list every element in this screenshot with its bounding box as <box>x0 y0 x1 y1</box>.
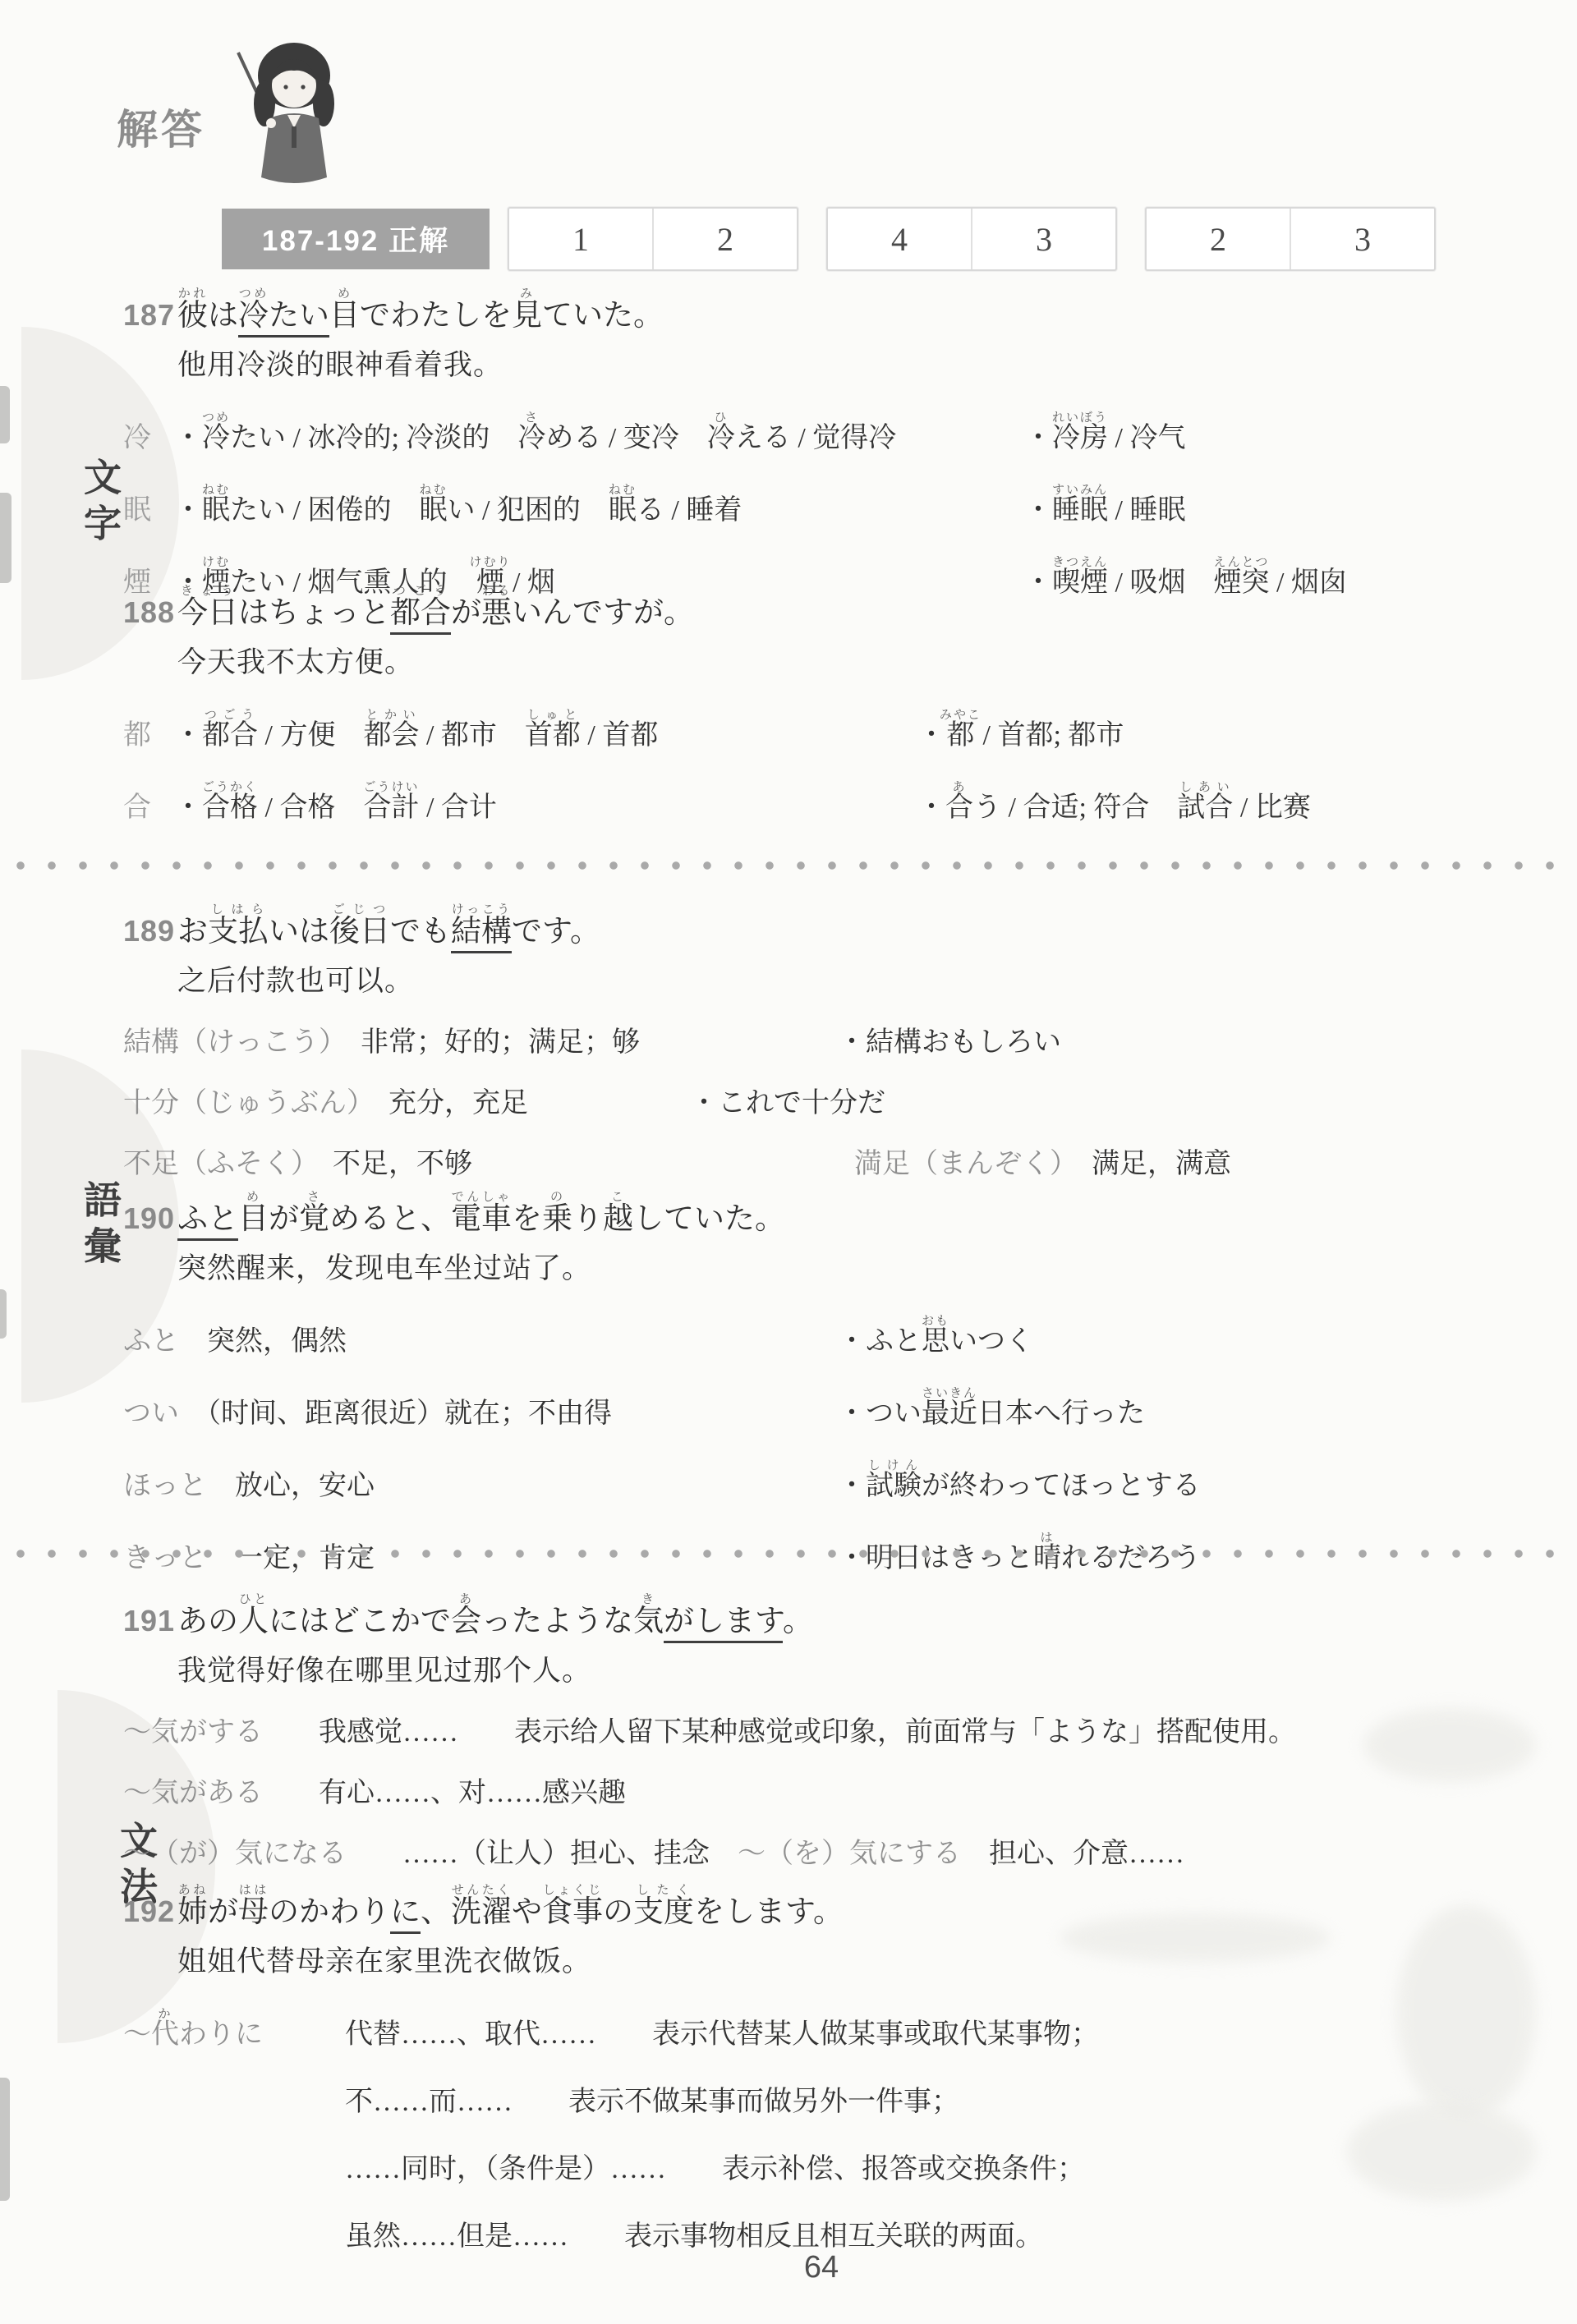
sentence-text: お支払しはらいは後日ごじつでも結構けっこうです。 <box>177 915 600 953</box>
vocab-example: ・試験しけんが終わってほっとする <box>838 1459 1201 1502</box>
answer-190: 3 <box>971 209 1115 269</box>
vocab-right: ・都みやこ / 首都; 都市 <box>917 709 1124 751</box>
answer-188: 2 <box>652 209 797 269</box>
vocab-term-meaning: 満足（まんぞく） 满足，满意 <box>854 1149 1231 1180</box>
scan-artifact <box>0 2078 10 2201</box>
grammar-explanation: ～気がする 我感觉…… 表示给人留下某种感觉或印象，前面常与「ような」搭配使用。 <box>123 1717 1296 1748</box>
vocab-left: ・冷つめたい / 冰冷的; 冷淡的 冷さめる / 变冷 冷ひえる / 觉得冷 <box>174 411 1024 454</box>
grammar-line: ～気がする 我感觉…… 表示给人留下某种感觉或印象，前面常与「ような」搭配使用。 <box>123 1697 1536 1748</box>
question-translation: 之后付款也可以。 <box>177 958 1536 999</box>
question-sentence: 188今日きょうはちょっと都合つごうが悪わるいんですが。 <box>123 575 1536 630</box>
vocab-line: ふと 突然，偶然・ふと思おもいつく <box>123 1295 1536 1357</box>
grammar-explanation: 虽然……但是…… 表示事物相反且相互关联的两面。 <box>345 2221 1043 2253</box>
section-divider <box>0 859 1577 870</box>
section-divider <box>0 1547 1577 1559</box>
vocab-head-kanji: 都 <box>123 720 174 751</box>
question-number: 187 <box>123 299 177 332</box>
grammar-line: ～代かわりに代替……、取代…… 表示代替某人做某事或取代某事物； <box>123 1988 1536 2051</box>
vocab-line: きっと 一定，肯定・明日はきっと晴はれるだろう <box>123 1512 1536 1574</box>
vocab-line: 結構（けっこう） 非常；好的；满足；够・結構おもしろい <box>123 1008 1536 1059</box>
grammar-explanation: 不……而…… 表示不做某事而做另外一件事； <box>345 2087 959 2118</box>
question-sentence: 187彼かれは冷つめたい目めでわたしを見みていた。 <box>123 278 1536 333</box>
vocab-line: ほっと 放心，安心・試験しけんが終わってほっとする <box>123 1440 1536 1502</box>
vocab-term-meaning: ほっと 放心，安心 <box>123 1471 838 1502</box>
answer-189: 4 <box>828 209 971 269</box>
answer-191: 2 <box>1147 209 1290 269</box>
question-187: 187彼かれは冷つめたい目めでわたしを見みていた。 他用冷淡的眼神看着我。 冷・… <box>123 278 1536 609</box>
grammar-explanation: ……同时，（条件是）…… 表示补偿、报答或交换条件； <box>345 2154 1085 2185</box>
vocab-line: 十分（じゅうぶん） 充分，充足・これで十分だ <box>123 1068 1536 1119</box>
vocab-right: ・睡眠すいみん / 睡眠 <box>1024 484 1185 526</box>
vocab-row: 冷・冷つめたい / 冰冷的; 冷淡的 冷さめる / 变冷 冷ひえる / 觉得冷・… <box>123 392 1536 454</box>
vocab-left: ・合格ごうかく / 合格 合計ごうけい / 合计 <box>174 781 917 824</box>
textbook-answer-page: 文字 語彙 文法 解答 187-192 正解 1 2 4 3 2 <box>0 0 1577 2324</box>
question-translation: 突然醒来，发现电车坐过站了。 <box>177 1246 1536 1287</box>
vocab-term-meaning: ふと 突然，偶然 <box>123 1326 838 1357</box>
vocab-left: ・眠ねむたい / 困倦的 眠ねむい / 犯困的 眠ねむる / 睡着 <box>174 484 1024 526</box>
answer-box-group-2: 4 3 <box>826 207 1117 271</box>
scan-artifact <box>0 493 11 583</box>
grammar-explanation: 代替……、取代…… 表示代替某人做某事或取代某事物； <box>345 2019 1099 2051</box>
vocab-right: ・冷房れいぼう / 冷气 <box>1024 411 1185 454</box>
question-translation: 姐姐代替母亲在家里洗衣做饭。 <box>177 1939 1536 1980</box>
grammar-line: 不……而…… 表示不做某事而做另外一件事； <box>123 2067 1536 2118</box>
vocab-example: ・結構おもしろい <box>838 1027 1061 1059</box>
grammar-explanation: ～（が）気になる ……（让人）担心、挂念 ～（を）気にする 担心、介意…… <box>123 1839 1184 1870</box>
question-188: 188今日きょうはちょっと都合つごうが悪わるいんですが。 今天我不太方便。 都・… <box>123 575 1536 834</box>
question-189: 189お支払しはらいは後日ごじつでも結構けっこうです。 之后付款也可以。 結構（… <box>123 893 1536 1190</box>
answer-range-label: 187-192 正解 <box>222 209 490 269</box>
grammar-line: 虽然……但是…… 表示事物相反且相互关联的两面。 <box>123 2202 1536 2253</box>
vocab-term-meaning: 不足（ふそく） 不足，不够 <box>123 1149 854 1180</box>
vocab-example: ・ふと思おもいつく <box>838 1315 1033 1357</box>
grammar-line: ……同时，（条件是）…… 表示补偿、报答或交换条件； <box>123 2134 1536 2185</box>
page-title: 解答 <box>117 97 205 156</box>
question-sentence: 189お支払しはらいは後日ごじつでも結構けっこうです。 <box>123 893 1536 948</box>
grammar-line: ～（が）気になる ……（让人）担心、挂念 ～（を）気にする 担心、介意…… <box>123 1819 1536 1870</box>
question-sentence: 192姉あねが母ははのかわりに、洗濯せんたくや食事しょくじの支度したくをします。 <box>123 1874 1536 1929</box>
question-number: 192 <box>123 1895 177 1928</box>
vocab-row: 眠・眠ねむたい / 困倦的 眠ねむい / 犯困的 眠ねむる / 睡着・睡眠すいみ… <box>123 464 1536 526</box>
grammar-explanation: ～気がある 有心……、对……感兴趣 <box>123 1778 626 1809</box>
sentence-text: あの人ひとにはどこかで会あったような気きがします。 <box>177 1605 813 1643</box>
vocab-left: ・都合つごう / 方便 都会とかい / 都市 首都しゅと / 首都 <box>174 709 917 751</box>
answer-192: 3 <box>1290 209 1434 269</box>
vocab-right: ・合あう / 合适; 符合 試合しあい / 比赛 <box>917 781 1311 824</box>
question-number: 189 <box>123 915 177 948</box>
vocab-row: 都・都合つごう / 方便 都会とかい / 都市 首都しゅと / 首都・都みやこ … <box>123 689 1536 751</box>
side-tab-goi-label: 語彙 <box>73 1180 127 1272</box>
sentence-text: ふと目めが覚さめると、電車でんしゃを乗のり越こしていた。 <box>177 1202 785 1241</box>
vocab-term-meaning: 結構（けっこう） 非常；好的；满足；够 <box>123 1027 838 1059</box>
grammar-term: ～代かわりに <box>123 2008 345 2051</box>
question-translation: 他用冷淡的眼神看着我。 <box>177 342 1536 384</box>
question-number: 191 <box>123 1605 177 1637</box>
vocab-line: つい （时间、距离很近）就在；不由得・つい最近さいきん日本へ行った <box>123 1367 1536 1430</box>
vocab-head-kanji: 冷 <box>123 423 174 454</box>
answer-box-group-1: 1 2 <box>508 207 798 271</box>
vocab-example: ・これで十分だ <box>690 1088 885 1119</box>
side-tab-moji-label: 文字 <box>73 457 127 549</box>
question-sentence: 190ふと目めが覚さめると、電車でんしゃを乗のり越こしていた。 <box>123 1181 1536 1236</box>
question-number: 190 <box>123 1202 177 1235</box>
scan-artifact <box>0 1289 7 1339</box>
question-translation: 我觉得好像在哪里见过那个人。 <box>177 1648 1536 1689</box>
sentence-text: 今日きょうはちょっと都合つごうが悪わるいんですが。 <box>177 596 694 635</box>
answer-187: 1 <box>509 209 652 269</box>
question-translation: 今天我不太方便。 <box>177 640 1536 681</box>
scan-artifact <box>0 386 10 443</box>
vocab-row: 合・合格ごうかく / 合格 合計ごうけい / 合计・合あう / 合适; 符合 試… <box>123 761 1536 824</box>
question-sentence: 191あの人ひとにはどこかで会あったような気きがします。 <box>123 1583 1536 1638</box>
teacher-girl-illustration <box>220 28 364 196</box>
grammar-line: ～気がある 有心……、对……感兴趣 <box>123 1758 1536 1809</box>
question-191: 191あの人ひとにはどこかで会あったような気きがします。 我觉得好像在哪里见过那… <box>123 1583 1536 1880</box>
vocab-head-kanji: 眠 <box>123 495 174 526</box>
vocab-line: 不足（ふそく） 不足，不够満足（まんぞく） 满足，满意 <box>123 1129 1536 1180</box>
vocab-example: ・つい最近さいきん日本へ行った <box>838 1387 1145 1430</box>
vocab-head-kanji: 合 <box>123 792 174 824</box>
page-number: 64 <box>739 2250 903 2285</box>
sentence-text: 彼かれは冷つめたい目めでわたしを見みていた。 <box>177 299 664 338</box>
answer-box-group-3: 2 3 <box>1145 207 1436 271</box>
question-192: 192姉あねが母ははのかわりに、洗濯せんたくや食事しょくじの支度したくをします。… <box>123 1874 1536 2269</box>
sentence-text: 姉あねが母ははのかわりに、洗濯せんたくや食事しょくじの支度したくをします。 <box>177 1895 844 1934</box>
question-190: 190ふと目めが覚さめると、電車でんしゃを乗のり越こしていた。 突然醒来，发现电… <box>123 1181 1536 1584</box>
vocab-term-meaning: 十分（じゅうぶん） 充分，充足 <box>123 1088 690 1119</box>
vocab-term-meaning: つい （时间、距离很近）就在；不由得 <box>123 1399 838 1430</box>
question-number: 188 <box>123 596 177 629</box>
